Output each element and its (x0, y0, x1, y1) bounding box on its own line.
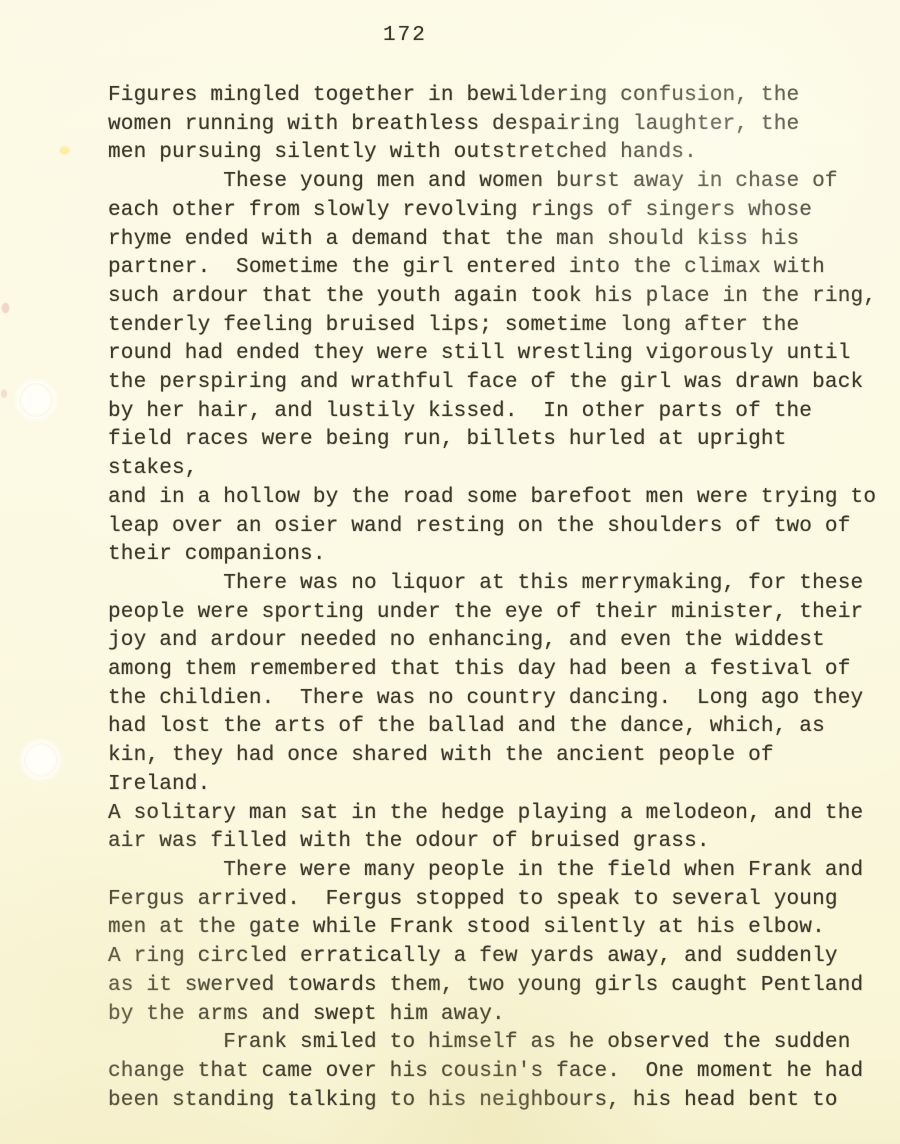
paragraph: There were many people in the field when… (108, 857, 878, 1029)
paragraph: These young men and women burst away in … (108, 168, 878, 570)
page-number: 172 (383, 24, 427, 47)
paper-speck (2, 303, 9, 313)
paper-speck (60, 147, 69, 154)
hole-punch-bottom (24, 743, 58, 777)
paper-speck (1, 389, 7, 398)
typewritten-text-block: Figures mingled together in bewildering … (108, 82, 878, 1115)
paragraph: There was no liquor at this merrymaking,… (108, 570, 878, 857)
document-page: 172 Figures mingled together in bewilder… (0, 0, 900, 1144)
hole-punch-top (19, 383, 53, 417)
paragraph: Figures mingled together in bewildering … (108, 82, 878, 168)
paragraph: Frank smiled to himself as he observed t… (108, 1029, 878, 1115)
